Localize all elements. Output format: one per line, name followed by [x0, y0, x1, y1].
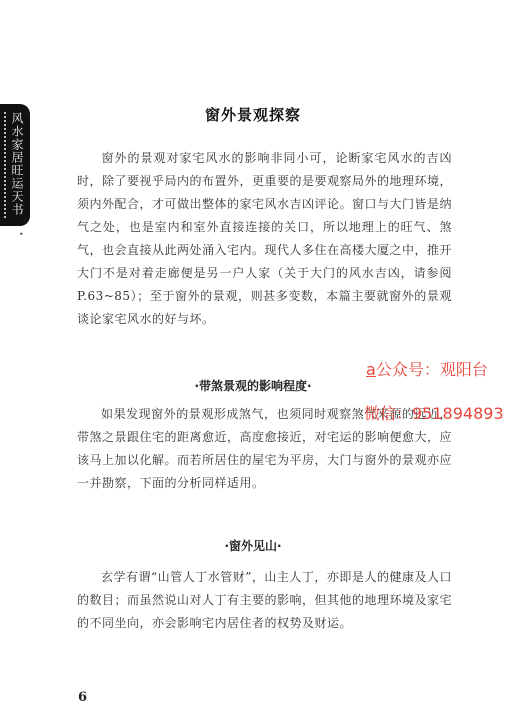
paragraph-1-text: 窗外的景观对家宅风水的影响非同小可，论断家宅风水的吉凶时，除了要视乎局内的布置外… — [77, 151, 452, 326]
side-tab-label: 风水家居旺运天书 — [10, 112, 26, 216]
paragraph-3: 玄学有谓“山管人丁水管财”，山主人丁，亦即是人的健康及人口的数目；而虽然说山对人… — [77, 566, 452, 635]
side-tab-dots — [4, 112, 8, 218]
page-title: 窗外景观探察 — [0, 104, 506, 125]
watermark-wechat: 微信：951894893 — [364, 401, 504, 424]
subheading-mountain-view: ·窗外见山· — [0, 537, 506, 554]
paragraph-3-text: 玄学有谓“山管人丁水管财”，山主人丁，亦即是人的健康及人口的数目；而虽然说山对人… — [77, 570, 452, 630]
watermark-official-account: a公众号：观阳台 — [366, 357, 488, 380]
side-dot: • — [19, 230, 24, 239]
watermark-prefix: a — [366, 360, 376, 379]
page-number: 6 — [78, 690, 87, 705]
watermark-line1: 公众号：观阳台 — [376, 360, 488, 379]
paragraph-1: 窗外的景观对家宅风水的影响非同小可，论断家宅风水的吉凶时，除了要视乎局内的布置外… — [77, 147, 452, 331]
